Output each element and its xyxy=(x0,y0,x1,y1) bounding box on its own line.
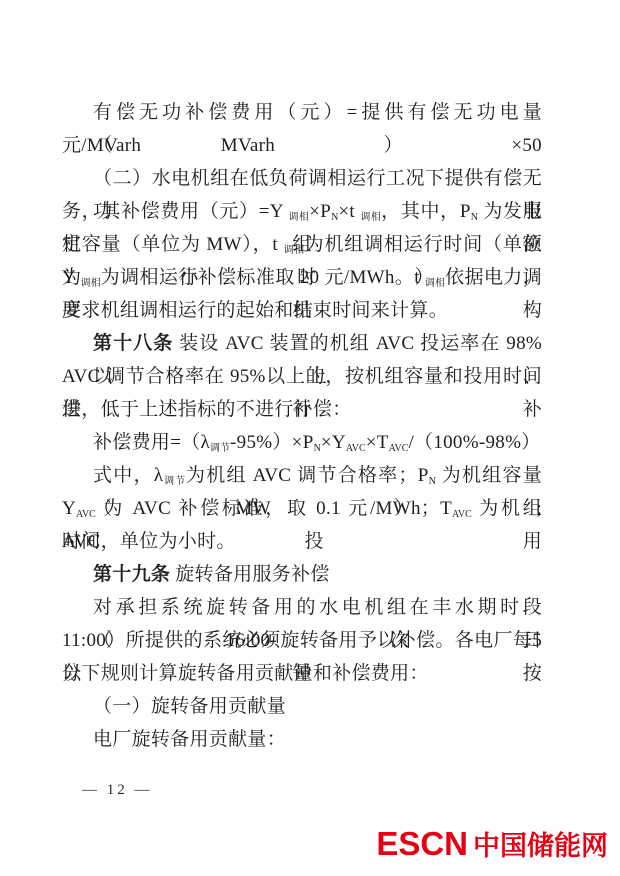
text-run: ，其中，P xyxy=(381,201,471,222)
text-run: 为机组 AVC 调节合格率；P xyxy=(186,465,429,486)
subscript-run: 调相 xyxy=(360,212,381,223)
escn-logo: ESCN 中国储能网 xyxy=(376,829,608,861)
subscript-run: N xyxy=(331,212,338,223)
text-line: 务，其补偿费用（元）=Y 调相×PN×t 调相，其中，PN 为发电机组额 xyxy=(62,195,542,228)
text-run: 元/MVarh xyxy=(62,135,141,156)
text-line: （一）旋转备用贡献量 xyxy=(62,690,542,723)
document-body: 有偿无功补偿费用（元）=提供有偿无功电量（MVarh）×50元/MVarh（二）… xyxy=(62,96,542,756)
subscript-run: 调节 xyxy=(163,476,186,487)
text-run: 务，其补偿费用（元）=Y xyxy=(62,201,288,222)
subscript-run: AVC xyxy=(76,509,96,520)
subscript-run: AVC xyxy=(346,443,366,454)
document-page: 有偿无功补偿费用（元）=提供有偿无功电量（MVarh）×50元/MVarh（二）… xyxy=(0,0,620,876)
text-run: 有偿无功补偿费用（元）=提供有偿无功电量（MVarh）×50 xyxy=(93,102,542,156)
text-run: /（100%-98%） xyxy=(408,432,540,453)
subscript-run: N xyxy=(314,443,321,454)
text-line: 电厂旋转备用贡献量： xyxy=(62,723,542,756)
text-run: Y xyxy=(62,267,80,288)
text-run: Y xyxy=(62,498,76,519)
subscript-run: N xyxy=(471,212,478,223)
text-line: AVC 调节合格率在 95%以上的，按机组容量和投用时间进行补 xyxy=(62,360,542,393)
subscript-run: 调节 xyxy=(210,443,230,454)
text-run: ×P xyxy=(309,201,331,222)
text-run: 旋转备用服务补偿 xyxy=(170,564,329,585)
text-run: 为 AVC 补偿标准，取 0.1 元/MWh；T xyxy=(96,498,452,519)
text-line: （二）水电机组在低负荷调相运行工况下提供有偿无功服 xyxy=(62,162,542,195)
text-run: 定容量（单位为 MW），t xyxy=(62,234,284,255)
text-run: 偿，低于上述指标的不进行补偿： xyxy=(62,399,352,420)
text-line: YAVC 为 AVC 补偿标准，取 0.1 元/MWh；TAVC 为机组 AVC… xyxy=(62,492,542,525)
text-run: 为调相运行补偿标准取 20 元/MWh。t xyxy=(101,267,425,288)
page-number: — 12 — xyxy=(82,782,153,799)
text-run: ×Y xyxy=(321,432,346,453)
text-run: ×T xyxy=(366,432,389,453)
text-run: 以下规则计算旋转备用贡献量和补偿费用： xyxy=(62,663,429,684)
text-line: 11:00）所提供的系统必须旋转备用予以补偿。各电厂每5分钟按 xyxy=(62,624,542,657)
text-run: -95%）×P xyxy=(230,432,314,453)
text-line: 有偿无功补偿费用（元）=提供有偿无功电量（MVarh）×50 xyxy=(62,96,542,129)
subscript-run: 调相 xyxy=(80,278,100,289)
logo-chinese-text: 中国储能网 xyxy=(473,831,608,861)
text-line: 第十八条 装设 AVC 装置的机组 AVC 投运率在 98%以上、 xyxy=(62,327,542,360)
text-line: 对承担系统旋转备用的水电机组在丰水期时段（16:00-次日 xyxy=(62,591,542,624)
subscript-run: N xyxy=(429,476,436,487)
text-run: 要求机组调相运行的起始和结束时间来计算。 xyxy=(62,300,448,321)
text-line: Y 调相为调相运行补偿标准取 20 元/MWh。t 调相依据电力调度机构 xyxy=(62,261,542,294)
text-run: 式中，λ xyxy=(93,465,163,486)
text-run: 时间，单位为小时。 xyxy=(62,531,236,552)
text-line: 定容量（单位为 MW），t 调相为机组调相运行时间（单位为小时）， xyxy=(62,228,542,261)
text-line: 第十九条 旋转备用服务补偿 xyxy=(62,558,542,591)
subscript-run: AVC xyxy=(389,443,409,454)
subscript-run: 调相 xyxy=(288,212,309,223)
text-line: 式中，λ调节为机组 AVC 调节合格率；PN 为机组容量（MW）; xyxy=(62,459,542,492)
bold-run: 第十八条 xyxy=(93,333,173,354)
text-run: 电厂旋转备用贡献量： xyxy=(93,729,286,750)
bold-run: 第十九条 xyxy=(93,564,170,585)
text-run: ×t xyxy=(338,201,360,222)
subscript-run: AVC xyxy=(452,509,472,520)
text-run: （一）旋转备用贡献量 xyxy=(93,696,286,717)
text-run: 补偿费用=（λ xyxy=(93,432,210,453)
subscript-run: 调相 xyxy=(425,278,445,289)
text-line: 补偿费用=（λ调节-95%）×PN×YAVC×TAVC/（100%-98%） xyxy=(62,426,542,459)
subscript-run: 调相 xyxy=(284,245,305,256)
logo-escn-text: ESCN xyxy=(376,829,468,859)
